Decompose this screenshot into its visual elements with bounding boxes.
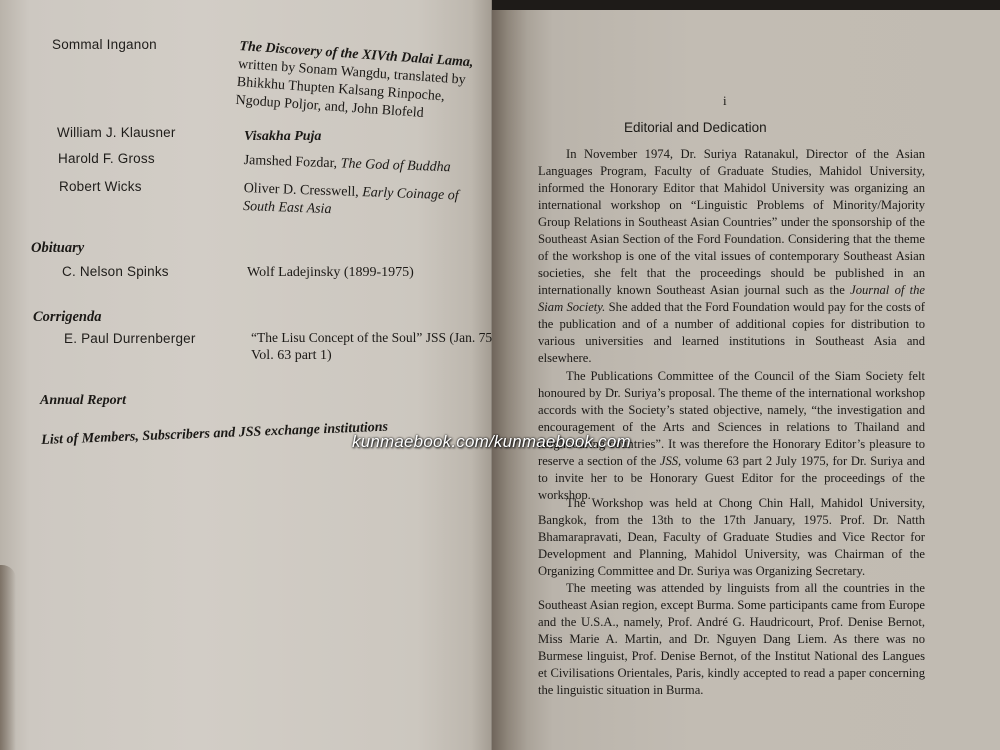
corrigenda-title-line1: “The Lisu Concept of the Soul” JSS (Jan.… [251, 329, 511, 347]
toc-title: Jamshed Fozdar, The God of Buddha [243, 152, 503, 179]
member-list-heading: List of Members, Subscribers and JSS exc… [41, 420, 388, 449]
watermark-text: kunmaebook.com/kunmaebook.com [352, 432, 631, 452]
paragraph-3: The Workshop was held at Chong Chin Hall… [538, 495, 925, 580]
annual-report-heading: Annual Report [40, 393, 126, 409]
toc-author: Harold F. Gross [58, 151, 155, 166]
toc-title: Visakha Puja [244, 128, 484, 146]
paragraph-1: In November 1974, Dr. Suriya Ratanakul, … [538, 146, 925, 367]
paragraph-4: The meeting was attended by linguists fr… [538, 580, 925, 699]
toc-author: Sommal Inganon [52, 37, 157, 52]
toc-title: Oliver D. Cresswell, Early Coinage of So… [243, 180, 476, 224]
page-number: i [723, 93, 727, 109]
table-of-contents: Sommal Inganon The Discovery of the XIVt… [0, 0, 492, 750]
open-book-spread: Sommal Inganon The Discovery of the XIVt… [0, 0, 1000, 750]
page-heading: Editorial and Dedication [624, 120, 767, 135]
obituary-heading: Obituary [31, 240, 84, 257]
corrigenda-author: E. Paul Durrenberger [64, 331, 196, 346]
obituary-author: C. Nelson Spinks [62, 264, 169, 279]
obituary-title: Wolf Ladejinsky (1899-1975) [247, 264, 467, 282]
toc-author: Robert Wicks [59, 179, 142, 194]
toc-title-italic: Visakha Puja [244, 129, 321, 144]
toc-title-italic: The God of Buddha [340, 156, 451, 175]
toc-author: William J. Klausner [57, 125, 176, 140]
corrigenda-heading: Corrigenda [33, 309, 102, 326]
toc-title: The Discovery of the XIVth Dalai Lama, w… [235, 38, 489, 127]
corrigenda-title-line2: Vol. 63 part 1) [251, 347, 451, 365]
